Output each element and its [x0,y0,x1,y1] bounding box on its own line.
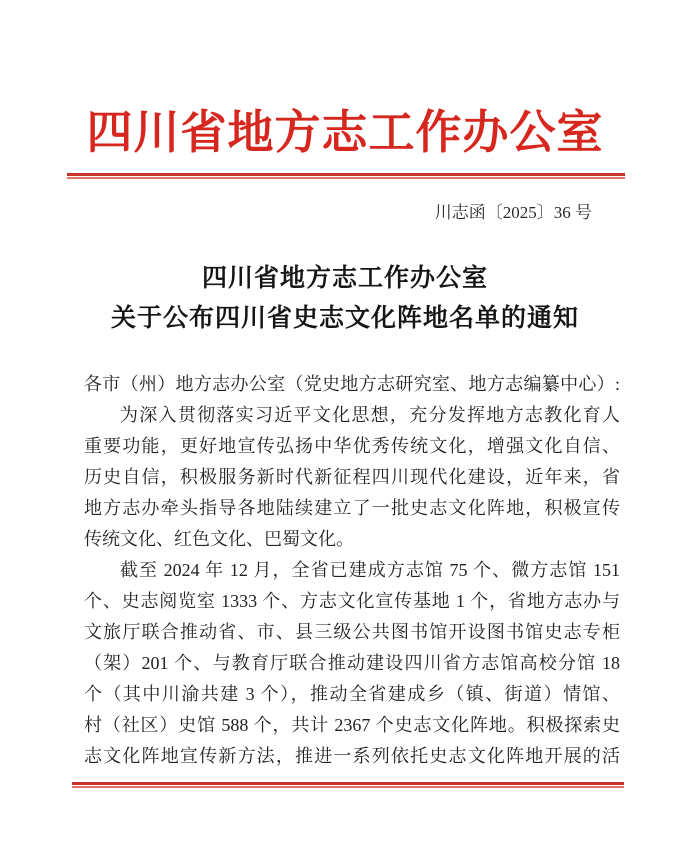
body-line: 村（社区）史馆 588 个，共计 2367 个史志文化阵地。积极探索史 [84,710,620,741]
document-title-line2: 关于公布四川省史志文化阵地名单的通知 [0,299,690,339]
body-line: 志文化阵地宣传新方法，推进一系列依托史志文化阵地开展的活 [84,741,620,772]
footer-divider-line [72,782,624,788]
document-number: 川志函〔2025〕36 号 [0,201,690,225]
body-line: 截至 2024 年 12 月，全省已建成方志馆 75 个、微方志馆 151 [84,555,620,586]
body-line: 历史自信，积极服务新时代新征程四川现代化建设，近年来，省 [84,462,620,493]
body-line: （架）201 个、与教育厅联合推动建设四川省方志馆高校分馆 18 [84,648,620,679]
document-header-org-name: 四川省地方志工作办公室 [0,0,690,160]
footer-divider-thick-stroke [72,782,624,785]
header-divider-thin-stroke [67,177,625,179]
body-line: 各市（州）地方志办公室（党史地方志研究室、地方志编纂中心）: [84,369,620,400]
document-title: 四川省地方志工作办公室 关于公布四川省史志文化阵地名单的通知 [0,259,690,339]
body-line: 文旅厅联合推动省、市、县三级公共图书馆开设图书馆史志专柜 [84,617,620,648]
document-body: 各市（州）地方志办公室（党史地方志研究室、地方志编纂中心）:为深入贯彻落实习近平… [84,369,620,772]
document-title-line1: 四川省地方志工作办公室 [0,259,690,299]
body-line: 重要功能，更好地宣传弘扬中华优秀传统文化，增强文化自信、 [84,431,620,462]
body-line: 个（其中川渝共建 3 个），推动全省建成乡（镇、街道）情馆、 [84,679,620,710]
body-line: 个、史志阅览室 1333 个、方志文化宣传基地 1 个，省地方志办与 [84,586,620,617]
document-page: 四川省地方志工作办公室 川志函〔2025〕36 号 四川省地方志工作办公室 关于… [0,0,690,868]
header-divider-line [67,173,625,179]
footer-divider-thin-stroke [72,786,624,788]
body-line: 地方志办牵头指导各地陆续建立了一批史志文化阵地，积极宣传 [84,493,620,524]
header-divider-thick-stroke [67,173,625,176]
body-line: 传统文化、红色文化、巴蜀文化。 [84,524,620,555]
body-line: 为深入贯彻落实习近平文化思想，充分发挥地方志教化育人 [84,400,620,431]
